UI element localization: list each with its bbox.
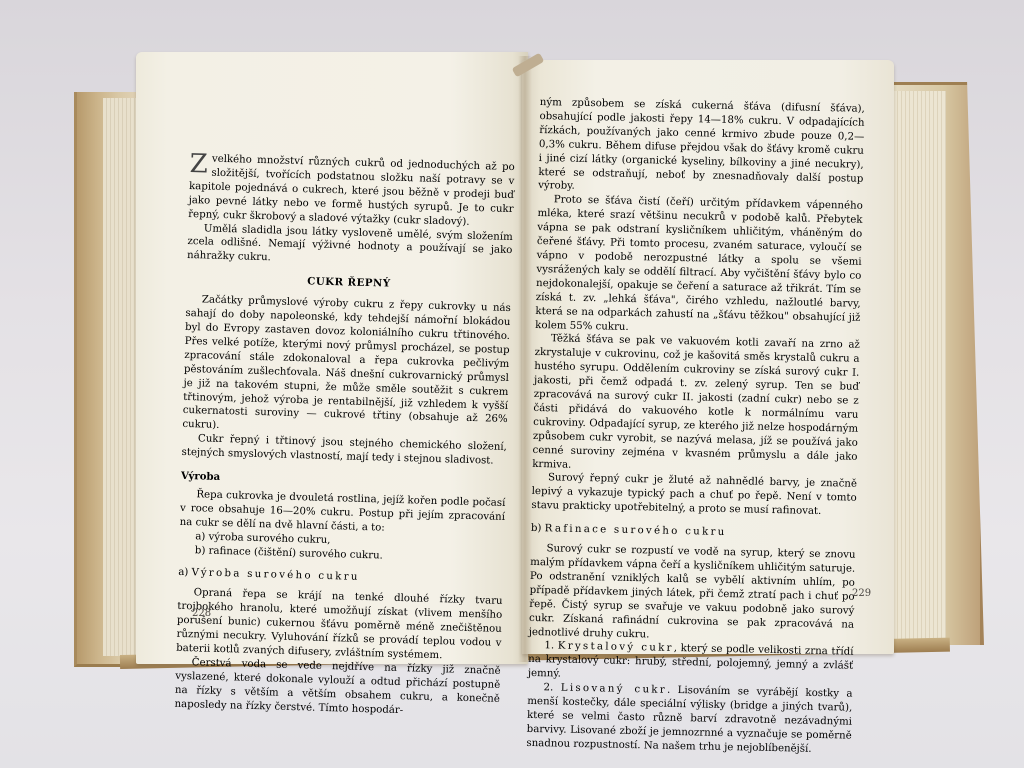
section-a-title: a) Výroba surového cukru bbox=[178, 566, 503, 589]
paragraph-diffusion: Čerstvá voda se vede nejdříve na řízky j… bbox=[174, 656, 500, 721]
paragraph-crystallization: Těžká šťáva se pak ve vakuovém kotli zav… bbox=[532, 332, 860, 478]
book-cover-right bbox=[890, 82, 984, 645]
page-number-left: 228 bbox=[192, 608, 211, 619]
right-page-text: ným způsobem se získá cukerná šťáva (dif… bbox=[526, 96, 865, 757]
paragraph-refining: Surový cukr se rozpustí ve vodě na syrup… bbox=[529, 542, 856, 646]
section-b-title: b) Rafinace surového cukru bbox=[531, 522, 856, 543]
chapter-heading: CUKR ŘEPNÝ bbox=[186, 272, 511, 295]
page-edges-right bbox=[894, 91, 946, 639]
drop-cap: Z bbox=[189, 154, 208, 174]
intro-paragraph: Zvelkého množství různých cukrů od jedno… bbox=[188, 152, 515, 231]
left-page-text: Zvelkého množství různých cukrů od jedno… bbox=[174, 152, 514, 720]
paragraph-slicing: Opraná řepa se krájí na tenké dlouhé říz… bbox=[176, 586, 503, 665]
item-pressed-sugar: 2. Lisovaný cukr. Lisováním se vyrábějí … bbox=[526, 681, 852, 757]
paragraph-history: Začátky průmyslové výroby cukru z řepy c… bbox=[182, 293, 511, 441]
page-number-right: 229 bbox=[852, 588, 871, 599]
paragraph-purification: Proto se šťáva čistí (čeří) určitým příd… bbox=[535, 193, 863, 339]
paragraph-sweeteners: Umělá sladidla jsou látky vysloveně uměl… bbox=[187, 222, 513, 273]
paragraph-juice: ným způsobem se získá cukerná šťáva (dif… bbox=[538, 96, 865, 200]
item-crystal-sugar: 1. Krystalový cukr, který se podle velik… bbox=[528, 639, 854, 688]
paragraph-raw-sugar: Surový řepný cukr je žluté až nahnědlé b… bbox=[531, 471, 857, 520]
